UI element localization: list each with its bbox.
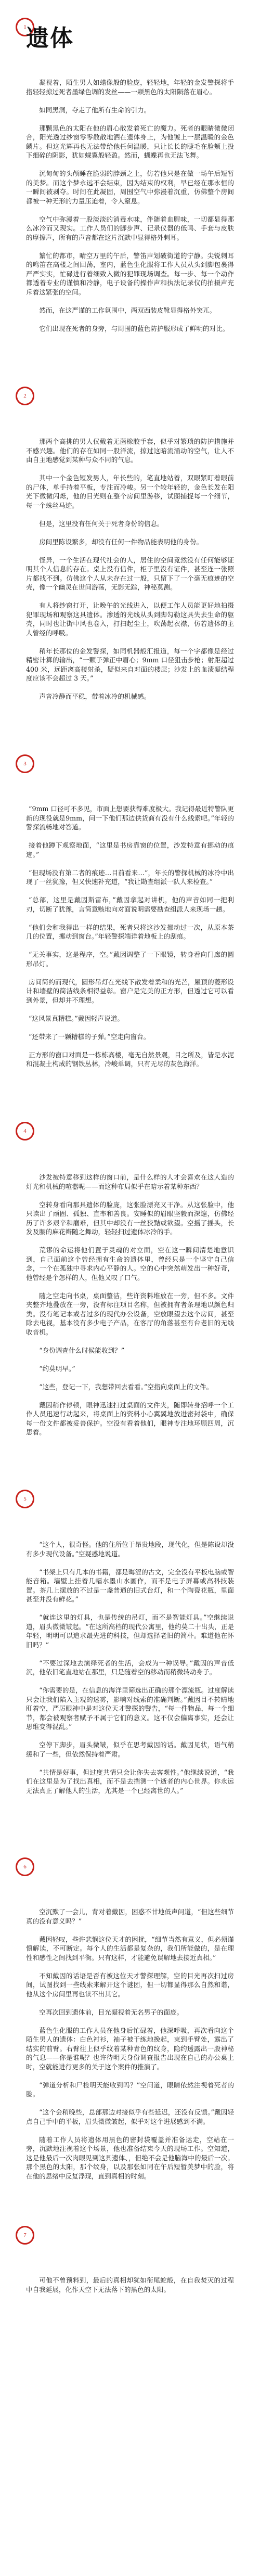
paragraph: “就连这里的灯具，也是传统的吊灯，而不是智能灯具。”空继续说道，眉头微微皱起。“… [26, 1613, 234, 1649]
paragraph: 空停下脚步，眉头微皱，似乎在思考戴因的话。戴因见状，语气稍缓和了一些，但依然保持… [26, 1740, 234, 1759]
paragraph: 怪异，一个生活在现代社会的人，居住的空间竟然没有任何能够证明其个人信息的存在。桌… [26, 556, 234, 592]
paragraph: 沉甸甸的头颅睡在脆弱的脖颈之上，仿若他只是在做一场午后短暂的美梦。而这个梦永远不… [26, 169, 234, 206]
section-7: 可他不曾预料到，最后的真相却犹如衔尾蛇般，在自我焚灭的过程中自我延展，化作天空下… [26, 2276, 234, 2303]
paragraph: 蓝色生化服的工作人员在他身后忙碌着，他深呼吸，再次看向这个陌生男人的遗体：白色衬… [26, 2026, 234, 2072]
section-4: 沙发被特意移到这样的窗口前，是什么样的人才会喜欢在这人造的灯光和机械的喧嚣呢——… [26, 1173, 234, 1446]
section-3: “9mm 口径可不多见，市面上想要获得难度极大。我记得最近特警队更新的现役就是9… [26, 804, 234, 1078]
paragraph: 荒谬的命运将他们置于灵魂的对立面，空在这一瞬间清楚地意识到，自己面前这个曾经拥有… [26, 1246, 234, 1282]
paragraph: 戴因稍作停顿，眼神迅速扫过桌面的文件夹，随即转身招呼一个工作人员迅速行动起来，将… [26, 1401, 234, 1437]
section-5: “这个人，很奇怪。他的住所位于昂贵地段，现代化，但是陈设却没有多少现代设备。”空… [26, 1540, 234, 1804]
paragraph: 可他不曾预料到，最后的真相却犹如衔尾蛇般，在自我焚灭的过程中自我延展，化作天空下… [26, 2276, 234, 2294]
section-number: 3 [23, 761, 27, 767]
paragraph: “这些，登记一下，我想带回去看看。”空指向桌面上的文件。 [26, 1382, 234, 1392]
paragraph: 声音冷静而平稳，带着冰冷的机械感。 [26, 692, 234, 701]
paragraph: “但现场没有第二者的痕迹…目前看来…”，年长的警探机械的冰冷中出现了一丝犹豫，但… [26, 868, 234, 887]
paragraph: 空沉默了一会儿，背对着戴因，困惑不甘地低声问道，“但这些细节真的没有意义吗？” [26, 1907, 234, 1926]
paragraph: 稍年长那位的金发警探，如同机器般汇报道，每一个字都像是经过精密计算的输出，“一颗… [26, 647, 234, 683]
paragraph: 房间简约而现代，圆形吊灯在光线下散发着柔和的光芒，屋顶的菱形设计和墙壁的简洁线条… [26, 978, 234, 1005]
section-marker-6: 6 [16, 1857, 34, 1876]
section-1: 凝视着，陌生男人如蜡像般的脸庞，轻轻地，年轻的金发警探将手指轻轻掠过死者墨绿色调… [26, 78, 234, 342]
section-marker-5: 5 [16, 1490, 34, 1508]
paragraph: “你需要的是，在信息的海洋里筛选出正确的那个漂流瓶。过度解读只会让我们陷入主观的… [26, 1686, 234, 1732]
paragraph: 正方形的窗口对面是一栋栋高楼，毫无自然景观，目之所及，皆是水泥和混凝土构成的钢铁… [26, 1050, 234, 1069]
paragraph: 随之空走向书桌，桌面整洁，些许资料堆放在一旁，但不多。文件夹整齐地叠放在一旁，没… [26, 1291, 234, 1337]
paragraph: 空转身看向那具遗体的脸庞，这张脸漂亮又干净。从这张脸中，他只读出了顽固、孤独、直… [26, 1200, 234, 1237]
paragraph: 但是，这里没有任何关于死者身份的信息。 [26, 519, 234, 529]
paragraph: 空再次回到遗体前，目光凝视着无名男子的面庞。 [26, 2008, 234, 2017]
paragraph: 凝视着，陌生男人如蜡像般的脸庞，轻轻地，年轻的金发警探将手指轻轻掠过死者墨绿色调… [26, 78, 234, 96]
paragraph: 如同黑洞，夺走了他所有生命的引力。 [26, 106, 234, 115]
paragraph: 那颗黑色的太阳在他的眉心散发着死亡的魔力。死者的眼睛微微闭合，阳光透过纱窗零零散… [26, 124, 234, 160]
paragraph: 不知戴因的话语是否有被这位天才警探理解，空的目光再次扫过房间，试图找到一些线索来… [26, 1971, 234, 1999]
paragraph: “他们会和我得出一样的结果，死者只将这沙发挪动过一次，从原本茶几的位置，挪动到窗… [26, 923, 234, 941]
paragraph: “弹道分析和尸检明天能收到吗？”空问道，眼睛依然注视着死者的脸。 [26, 2081, 234, 2099]
paragraph: “身份调查什么时候能收到？” [26, 1346, 234, 1355]
paragraph: “这个会稍晚些，总部那边对接似乎有些延迟，还没有反馈。”戴因轻点自己手中的平板，… [26, 2108, 234, 2126]
paragraph: 沙发被特意移到这样的窗口前，是什么样的人才会喜欢在这人造的灯光和机械的喧嚣呢——… [26, 1173, 234, 1191]
section-marker-3: 3 [16, 754, 34, 773]
section-number: 2 [23, 393, 27, 399]
paragraph: “约莫明早。” [26, 1364, 234, 1374]
section-marker-7: 7 [16, 2226, 34, 2245]
paragraph: “书架上只有几本的书籍，都是晦涩的古文，完全没有平板电脑或智能音箱。墙壁上挂着几… [26, 1568, 234, 1604]
paragraph: “总部，这里是戴因斯雷布，”戴因拿起对讲机，他的声音如同一把利刃，切断了犹豫，言… [26, 895, 234, 914]
paragraph: “这个人，很奇怪。他的住所位于昂贵地段，现代化，但是陈设却没有多少现代设备。”空… [26, 1540, 234, 1558]
paragraph: “共情是好事，但过度共情只会让你失去客观性。”他继续说道，“我们在这里是为了找出… [26, 1768, 234, 1796]
paragraph: 繁忙的都市，晴空万里的午后，警笛声划破街道的宁静。尖锐刺耳的鸣笛在高楼之间回荡，… [26, 251, 234, 297]
section-marker-2: 2 [16, 387, 34, 405]
paragraph: “无关事实，这是程序，空。”戴因调整了一下眼镜，转身看向门廊的圆形吊灯。 [26, 950, 234, 968]
paragraph: “不要过深地去演绎死者的生活，会成为一种误导。”戴因的声音低沉，他依旧笔直地站在… [26, 1659, 234, 1677]
section-number: 5 [23, 1496, 27, 1502]
paragraph: 空气中弥漫着一股淡淡的消毒水味，伴随着血腥味，一切都显得那么冰冷而又现实。工作人… [26, 215, 234, 242]
paragraph: 它们出现在死者的身旁，与周围的蓝色防护服形成了鲜明的对比。 [26, 324, 234, 334]
section-number: 6 [23, 1864, 27, 1870]
paragraph: 那两个高挑的男人仅戴着无菌橡胶手套，似乎对繁琐的防护措施并不感兴趣。他们的存在如… [26, 437, 234, 465]
paragraph: 然而，在这严谨的工作氛围中，两双西装皮靴显得格外突兀。 [26, 306, 234, 315]
section-number: 7 [23, 2233, 27, 2238]
paragraph: 房间里陈设繁多，却没有任何一件物品能表明他的身份。 [26, 537, 234, 547]
section-6: 空沉默了一会儿，背对着戴因，困惑不甘地低声问道，“但这些细节真的没有意义吗？” … [26, 1907, 234, 2190]
section-marker-4: 4 [16, 1122, 34, 1140]
page-title: 遗体 [26, 27, 74, 50]
paragraph: 戴因轻叹，些许悲悯这位天才的困扰，“细节当然有意义，但必须谨慎解读，不可断定。每… [26, 1935, 234, 1963]
paragraph: 其中一个金色短发男人，年长些的，笔直地站着，双眼紧盯着眼前的尸体，单手持着平板，… [26, 473, 234, 510]
section-2: 那两个高挑的男人仅戴着无菌橡胶手套，似乎对繁琐的防护措施并不感兴趣。他们的存在如… [26, 437, 234, 710]
paragraph: “还带来了一颗糟糕的子弹。”空走向窗台。 [26, 1032, 234, 1042]
section-number: 4 [23, 1129, 27, 1134]
paragraph: 接着他蹲下观察地面，“这里是书房靠窗的位置，沙发特意有挪动的痕迹。” [26, 841, 234, 859]
paragraph: “这风景真糟糕。”戴因轻声说道。 [26, 1014, 234, 1023]
paragraph: 有人将纱窗打开，让晚午的光线进入，以便工作人员能更好地拍摄犯罪现场和观察这具遗体… [26, 601, 234, 637]
paragraph: “9mm 口径可不多见，市面上想要获得难度极大。我记得最近特警队更新的现役就是9… [26, 804, 234, 832]
paragraph: 随着工作人员将遗体用黑色的密封袋覆盖并准备运走，空站在一旁，沉默地注视着这个场景… [26, 2135, 234, 2181]
